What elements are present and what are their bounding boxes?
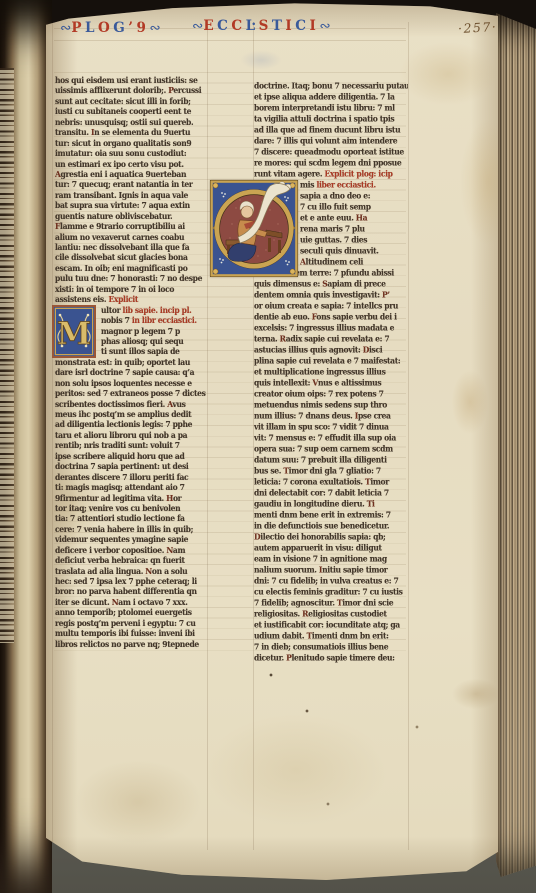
header-letter: C <box>295 18 309 34</box>
header-letter: G <box>113 20 128 36</box>
header-letter: E <box>203 18 217 34</box>
historiated-initial-O <box>210 180 298 277</box>
running-title-center: ∾ECCĿSTICI∾ <box>192 18 331 34</box>
header-letter: I <box>285 18 295 34</box>
header-letter: ’9 <box>128 20 149 36</box>
header-letter: O <box>98 20 113 36</box>
manuscript-page: ∾PLOG’9∾ ∾ECCĿSTICI∾ ·257· hos qui eisde… <box>46 2 498 880</box>
text-line: ti: magis magisq; attendant aio 7 <box>55 482 207 494</box>
initial-o-artwork <box>210 180 298 277</box>
header-letter: C <box>217 18 231 34</box>
decorated-initial-M: M <box>52 305 96 358</box>
header-letter: C <box>231 18 245 34</box>
header-letter: Ŀ <box>246 18 259 34</box>
facing-page-edge <box>0 68 14 643</box>
vertical-ruling <box>52 22 53 850</box>
book-fore-edge <box>496 8 536 884</box>
header-letter: ∾ <box>149 20 160 36</box>
manuscript-photo: ∾PLOG’9∾ ∾ECCĿSTICI∾ ·257· hos qui eisde… <box>0 0 536 893</box>
vertical-ruling <box>408 22 409 850</box>
running-title-left: ∾PLOG’9∾ <box>60 20 161 36</box>
header-letter: ∾ <box>60 20 71 36</box>
figure-head <box>241 206 253 218</box>
header-ruling-line <box>54 40 406 41</box>
text-line: imutatur: oia suu sonu custodiut: <box>55 148 207 160</box>
page-number: ·257· <box>458 19 498 36</box>
svg-text:M: M <box>57 316 91 352</box>
header-letter: S <box>259 18 272 34</box>
text-line: libros relictos no parve nq; 9tepnede <box>55 639 207 651</box>
book-gutter <box>0 0 52 893</box>
column-right: doctrine. Itaq; bonu 7 necessariu putaui… <box>254 80 408 663</box>
header-letter: ∾ <box>192 18 203 34</box>
header-letter: P <box>71 20 85 36</box>
text-line: nobis 7 in libr ecciastici. <box>101 315 207 327</box>
initial-m-artwork: M <box>52 305 96 358</box>
column-left: hos qui eisdem usi erant iusticiis: seui… <box>55 76 207 650</box>
header-letter: T <box>272 18 286 34</box>
header-letter: L <box>85 20 98 36</box>
header-letter: ∾ <box>319 18 330 34</box>
vertical-ruling <box>207 22 208 850</box>
header-letter: I <box>309 18 319 34</box>
text-line: dicetur. Plenitudo sapie timere deu: <box>254 651 408 663</box>
